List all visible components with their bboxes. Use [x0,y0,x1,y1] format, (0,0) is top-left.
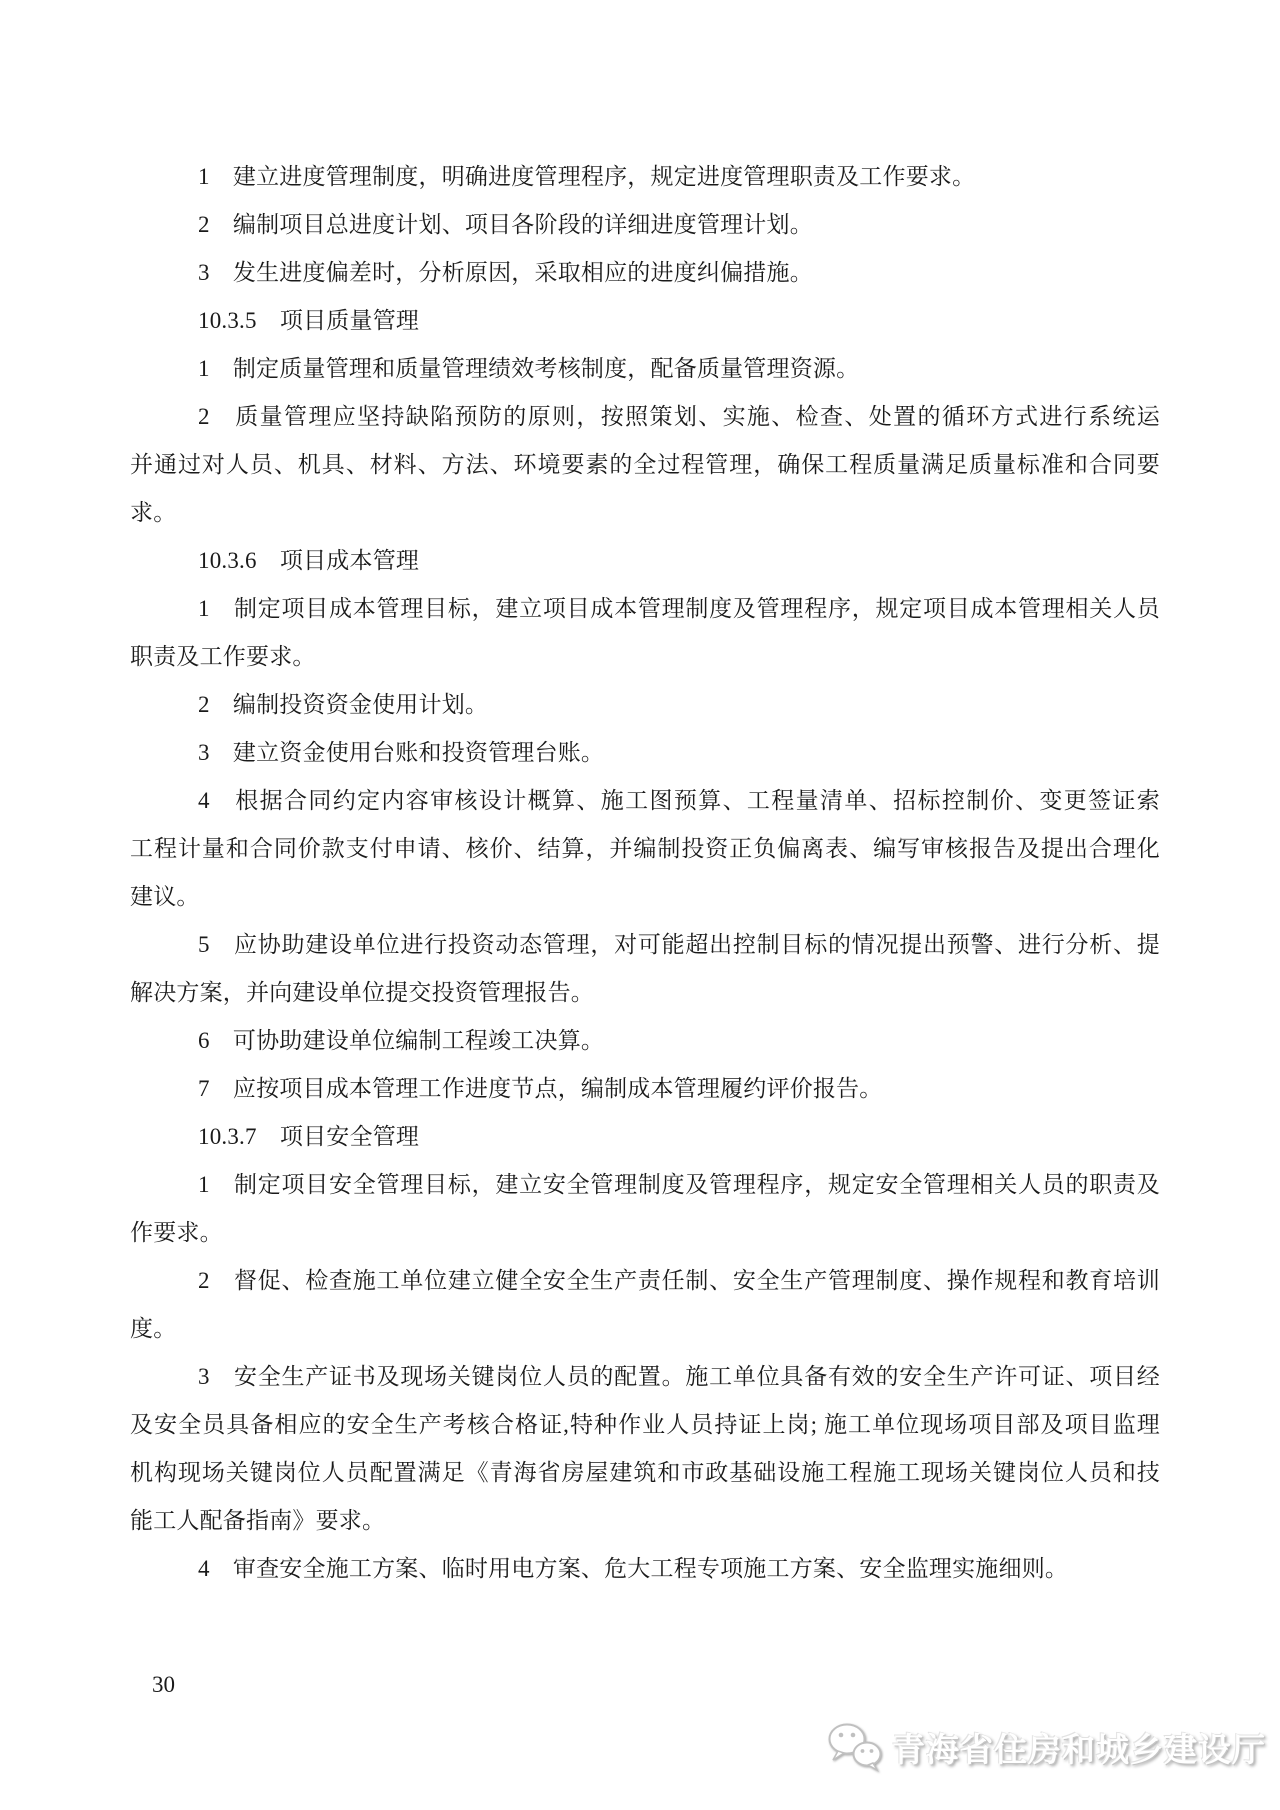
page-number: 30 [152,1672,175,1698]
text-line: 机构现场关键岗位人员配置满足《青海省房屋建筑和市政基础设施工程施工现场关键岗位人… [130,1449,1160,1497]
paragraph: 1 制定项目安全管理目标，建立安全管理制度及管理程序，规定安全管理相关人员的职责… [130,1161,1160,1257]
text-line: 2 编制项目总进度计划、项目各阶段的详细进度管理计划。 [130,201,1160,249]
text-line: 10.3.5 项目质量管理 [130,297,1160,345]
text-line: 5 应协助建设单位进行投资动态管理，对可能超出控制目标的情况提出预警、进行分析、… [130,921,1160,969]
text-line: 1 制定质量管理和质量管理绩效考核制度，配备质量管理资源。 [130,345,1160,393]
paragraph: 5 应协助建设单位进行投资动态管理，对可能超出控制目标的情况提出预警、进行分析、… [130,921,1160,1017]
text-line: 4 审查安全施工方案、临时用电方案、危大工程专项施工方案、安全监理实施细则。 [130,1545,1160,1593]
text-line: 职责及工作要求。 [130,633,1160,681]
text-line: 2 编制投资资金使用计划。 [130,681,1160,729]
paragraph: 1 制定项目成本管理目标，建立项目成本管理制度及管理程序，规定项目成本管理相关人… [130,585,1160,681]
text-line: 10.3.7 项目安全管理 [130,1113,1160,1161]
document-page: 1 建立进度管理制度，明确进度管理程序，规定进度管理职责及工作要求。2 编制项目… [0,0,1280,1810]
paragraph: 2 督促、检查施工单位建立健全安全生产责任制、安全生产管理制度、操作规程和教育培… [130,1257,1160,1353]
text-line: 及安全员具备相应的安全生产考核合格证,特种作业人员持证上岗; 施工单位现场项目部… [130,1401,1160,1449]
text-line: 3 安全生产证书及现场关键岗位人员的配置。施工单位具备有效的安全生产许可证、项目… [130,1353,1160,1401]
text-line: 并通过对人员、机具、材料、方法、环境要素的全过程管理，确保工程质量满足质量标准和… [130,441,1160,489]
text-line: 3 建立资金使用台账和投资管理台账。 [130,729,1160,777]
text-line: 1 建立进度管理制度，明确进度管理程序，规定进度管理职责及工作要求。 [130,153,1160,201]
watermark-text: 青海省住房和城乡建设厅 [892,1724,1266,1771]
text-line: 1 制定项目成本管理目标，建立项目成本管理制度及管理程序，规定项目成本管理相关人… [130,585,1160,633]
text-line: 工程计量和合同价款支付申请、核价、结算，并编制投资正负偏离表、编写审核报告及提出… [130,825,1160,873]
paragraph: 3 发生进度偏差时，分析原因，采取相应的进度纠偏措施。 [130,249,1160,297]
text-line: 能工人配备指南》要求。 [130,1497,1160,1545]
paragraph: 3 安全生产证书及现场关键岗位人员的配置。施工单位具备有效的安全生产许可证、项目… [130,1353,1160,1545]
text-line: 6 可协助建设单位编制工程竣工决算。 [130,1017,1160,1065]
paragraph: 2 质量管理应坚持缺陷预防的原则，按照策划、实施、检查、处置的循环方式进行系统运… [130,393,1160,537]
text-line: 3 发生进度偏差时，分析原因，采取相应的进度纠偏措施。 [130,249,1160,297]
paragraph: 2 编制项目总进度计划、项目各阶段的详细进度管理计划。 [130,201,1160,249]
text-line: 10.3.6 项目成本管理 [130,537,1160,585]
paragraph: 2 编制投资资金使用计划。 [130,681,1160,729]
text-line: 作要求。 [130,1209,1160,1257]
watermark: 青海省住房和城乡建设厅 [826,1722,1266,1772]
document-body: 1 建立进度管理制度，明确进度管理程序，规定进度管理职责及工作要求。2 编制项目… [130,153,1160,1593]
text-line: 2 质量管理应坚持缺陷预防的原则，按照策划、实施、检查、处置的循环方式进行系统运… [130,393,1160,441]
text-line: 建议。 [130,873,1160,921]
text-line: 7 应按项目成本管理工作进度节点，编制成本管理履约评价报告。 [130,1065,1160,1113]
wechat-icon [826,1722,884,1772]
text-line: 4 根据合同约定内容审核设计概算、施工图预算、工程量清单、招标控制价、变更签证索… [130,777,1160,825]
paragraph: 1 制定质量管理和质量管理绩效考核制度，配备质量管理资源。 [130,345,1160,393]
text-line: 度。 [130,1305,1160,1353]
paragraph: 4 根据合同约定内容审核设计概算、施工图预算、工程量清单、招标控制价、变更签证索… [130,777,1160,921]
text-line: 求。 [130,489,1160,537]
section-heading: 10.3.7 项目安全管理 [130,1113,1160,1161]
paragraph: 7 应按项目成本管理工作进度节点，编制成本管理履约评价报告。 [130,1065,1160,1113]
text-line: 2 督促、检查施工单位建立健全安全生产责任制、安全生产管理制度、操作规程和教育培… [130,1257,1160,1305]
paragraph: 4 审查安全施工方案、临时用电方案、危大工程专项施工方案、安全监理实施细则。 [130,1545,1160,1593]
paragraph: 6 可协助建设单位编制工程竣工决算。 [130,1017,1160,1065]
section-heading: 10.3.6 项目成本管理 [130,537,1160,585]
text-line: 解决方案，并向建设单位提交投资管理报告。 [130,969,1160,1017]
paragraph: 1 建立进度管理制度，明确进度管理程序，规定进度管理职责及工作要求。 [130,153,1160,201]
section-heading: 10.3.5 项目质量管理 [130,297,1160,345]
paragraph: 3 建立资金使用台账和投资管理台账。 [130,729,1160,777]
text-line: 1 制定项目安全管理目标，建立安全管理制度及管理程序，规定安全管理相关人员的职责… [130,1161,1160,1209]
